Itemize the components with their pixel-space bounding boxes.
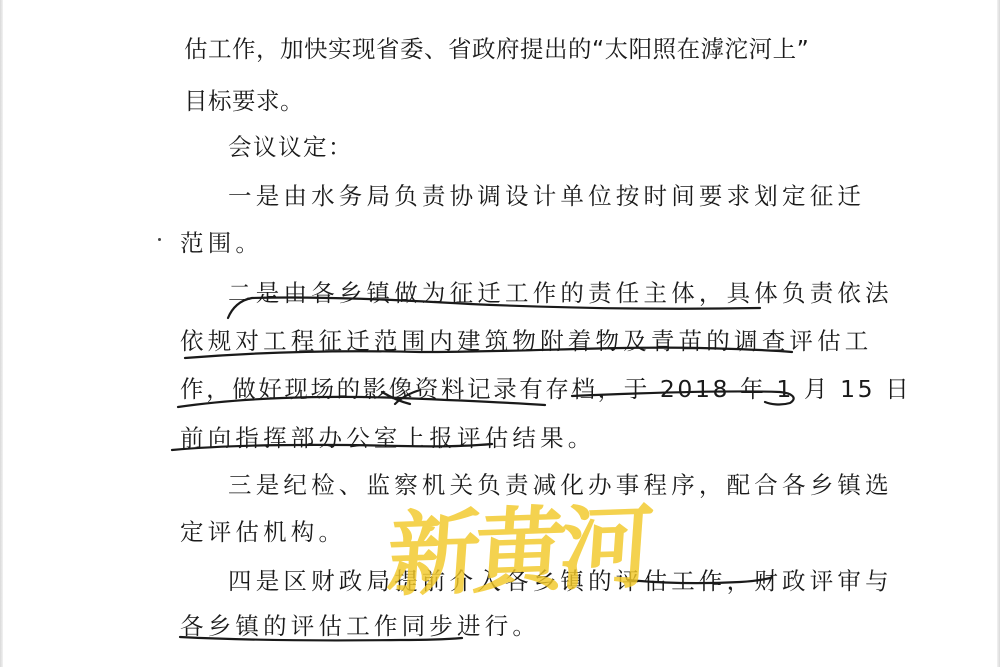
text-line-8: 作，做好现场的影像资料记录有存档，于 2018 年 1 月 15 日 (180, 374, 911, 404)
text-line-5: 范围。 (180, 228, 263, 258)
text-line-7: 依规对工程征迁范围内建筑物附着物及青苗的调查评估工 (180, 326, 873, 356)
text-line-9: 前向指挥部办公室上报评估结果。 (180, 423, 596, 453)
text-line-13: 各乡镇的评估工作同步进行。 (180, 611, 540, 641)
page-edge-left (0, 0, 3, 667)
text-line-12: 四是区财政局提前介入各乡镇的评估工作，财政评审与 (228, 566, 893, 596)
text-line-10: 三是纪检、监察机关负责减化办事程序，配合各乡镇选 (228, 470, 893, 500)
text-line-2: 目标要求。 (184, 86, 304, 116)
text-line-4: 一是由水务局负责协调设计单位按时间要求划定征迁 (228, 181, 865, 211)
text-line-1: 估工作，加快实现省委、省政府提出的“太阳照在滹沱河上” (184, 34, 809, 64)
text-line-11: 定评估机构。 (180, 517, 346, 547)
text-line-3: 会议议定： (228, 132, 353, 162)
text-line-6: 二是由各乡镇做为征迁工作的责任主体，具体负责依法 (228, 278, 893, 308)
stray-mark (158, 238, 161, 241)
document-page: 估工作，加快实现省委、省政府提出的“太阳照在滹沱河上” 目标要求。 会议议定： … (0, 0, 1000, 667)
